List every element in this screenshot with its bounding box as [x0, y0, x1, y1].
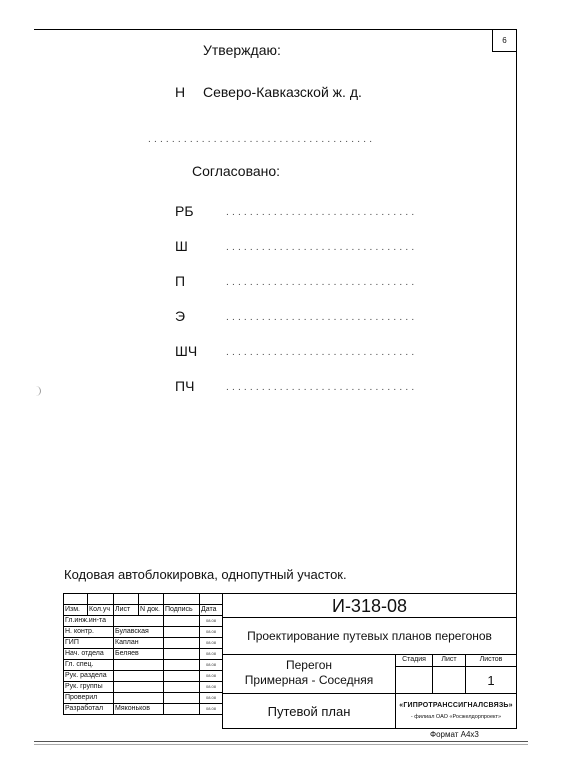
table-row: РазработалМяконьков08.08 — [64, 704, 223, 715]
doc-code: И-318-08 — [223, 594, 516, 619]
role-cell: Разработал — [64, 704, 114, 715]
stage-label: Стадия — [396, 656, 432, 663]
role-cell: Нач. отдела — [64, 649, 114, 660]
revision-header-cell: Изм. — [64, 605, 88, 616]
project-title: Проектирование путевых планов перегонов — [223, 618, 516, 654]
date-cell: 08.08 — [200, 671, 223, 682]
signature-cell — [164, 671, 200, 682]
frame-bottom-border — [34, 741, 528, 742]
name-cell: Беляев — [114, 649, 164, 660]
role-cell: Н. контр. — [64, 627, 114, 638]
role-cell: Гл.инж.ин-та — [64, 616, 114, 627]
signer-label: ШЧ — [175, 343, 197, 359]
sheets-label: Листов — [466, 656, 516, 663]
blank-cell — [139, 594, 164, 605]
revision-header-cell: Кол.уч — [88, 605, 114, 616]
role-cell: ГИП — [64, 638, 114, 649]
sheet-title-cell: Путевой план — [222, 693, 396, 729]
signature-cell — [164, 693, 200, 704]
stage-value-cell — [395, 666, 433, 694]
doc-code-cell: И-318-08 — [222, 593, 517, 618]
table-row: Рук. группы08.08 — [64, 682, 223, 693]
signer-signature-line: ................................ — [226, 207, 417, 218]
role-cell: Гл. спец. — [64, 660, 114, 671]
date-cell: 08.08 — [200, 693, 223, 704]
name-cell — [114, 682, 164, 693]
date-cell: 08.08 — [200, 627, 223, 638]
blank-cell — [114, 594, 139, 605]
frame-bottom-border-2 — [34, 744, 528, 745]
date-cell: 08.08 — [200, 660, 223, 671]
date-cell: 08.08 — [200, 649, 223, 660]
section-cell: Перегон Примерная - Соседняя — [222, 654, 396, 694]
name-cell — [114, 660, 164, 671]
revision-header-cell: Лист — [114, 605, 139, 616]
name-cell: Каплан — [114, 638, 164, 649]
date-cell: 08.08 — [200, 616, 223, 627]
signer-signature-line: ................................ — [226, 277, 417, 288]
signer-label: П — [175, 273, 185, 289]
signer-label: ПЧ — [175, 378, 194, 394]
revision-header-cell: Дата — [200, 605, 223, 616]
signature-cell — [164, 627, 200, 638]
section-line2: Примерная - Соседняя — [223, 673, 395, 687]
role-cell: Рук. группы — [64, 682, 114, 693]
signature-cell — [164, 649, 200, 660]
sheets-value-cell: 1 — [465, 666, 517, 694]
frame-top-border — [34, 29, 517, 30]
date-cell: 08.08 — [200, 638, 223, 649]
page-number: 6 — [502, 36, 506, 45]
blank-cell — [200, 594, 223, 605]
revision-header-cell: N док. — [139, 605, 164, 616]
approve-role-prefix: Н — [175, 84, 185, 100]
sheet-title: Путевой план — [223, 694, 395, 730]
signer-signature-line: ................................ — [226, 382, 417, 393]
org-sub: - филиал ОАО «Росжелдорпроект» — [396, 714, 516, 720]
signer-label: Ш — [175, 238, 188, 254]
signer-label: Э — [175, 308, 185, 324]
revision-table: Изм.Кол.учЛистN док.ПодписьДатаГл.инж.ин… — [63, 593, 223, 715]
org-name: «ГИПРОТРАНССИГНАЛСВЯЗЬ» — [396, 702, 516, 709]
blank-cell — [88, 594, 114, 605]
signer-signature-line: ................................ — [226, 347, 417, 358]
date-cell: 08.08 — [200, 704, 223, 715]
blank-cell — [164, 594, 200, 605]
format-label: Формат А4х3 — [430, 730, 479, 739]
table-row: Проверил08.08 — [64, 693, 223, 704]
signature-cell — [164, 682, 200, 693]
signature-cell — [164, 704, 200, 715]
section-line1: Перегон — [223, 658, 395, 672]
signer-signature-line: ................................ — [226, 242, 417, 253]
sheets-value: 1 — [466, 673, 516, 688]
sheet-label: Лист — [433, 656, 465, 663]
table-row: Гл.инж.ин-та08.08 — [64, 616, 223, 627]
org-cell: «ГИПРОТРАНССИГНАЛСВЯЗЬ» - филиал ОАО «Ро… — [395, 693, 517, 729]
signer-signature-line: ................................ — [226, 312, 417, 323]
name-cell — [114, 616, 164, 627]
revision-header-cell: Подпись — [164, 605, 200, 616]
role-cell: Рук. раздела — [64, 671, 114, 682]
project-title-cell: Проектирование путевых планов перегонов — [222, 617, 517, 655]
signer-label: РБ — [175, 203, 194, 219]
agreed-title: Согласовано: — [192, 163, 280, 179]
name-cell — [114, 693, 164, 704]
binding-mark-icon — [32, 386, 41, 396]
blank-cell — [64, 594, 88, 605]
page-number-box: 6 — [492, 29, 516, 52]
role-cell: Проверил — [64, 693, 114, 704]
approve-title: Утверждаю: — [203, 42, 281, 58]
signature-cell — [164, 616, 200, 627]
approve-role: Северо-Кавказской ж. д. — [203, 84, 362, 100]
signature-cell — [164, 638, 200, 649]
name-cell: Мяконьков — [114, 704, 164, 715]
name-cell — [114, 671, 164, 682]
name-cell: Булавская — [114, 627, 164, 638]
date-cell: 08.08 — [200, 682, 223, 693]
table-row: Гл. спец.08.08 — [64, 660, 223, 671]
table-row: Нач. отделаБеляев08.08 — [64, 649, 223, 660]
table-row: Рук. раздела08.08 — [64, 671, 223, 682]
approve-signature-line: ...................................... — [148, 134, 375, 145]
subject-text: Кодовая автоблокировка, однопутный участ… — [64, 567, 347, 582]
table-row: ГИПКаплан08.08 — [64, 638, 223, 649]
table-row: Н. контр.Булавская08.08 — [64, 627, 223, 638]
signature-cell — [164, 660, 200, 671]
sheet-value-cell — [432, 666, 466, 694]
